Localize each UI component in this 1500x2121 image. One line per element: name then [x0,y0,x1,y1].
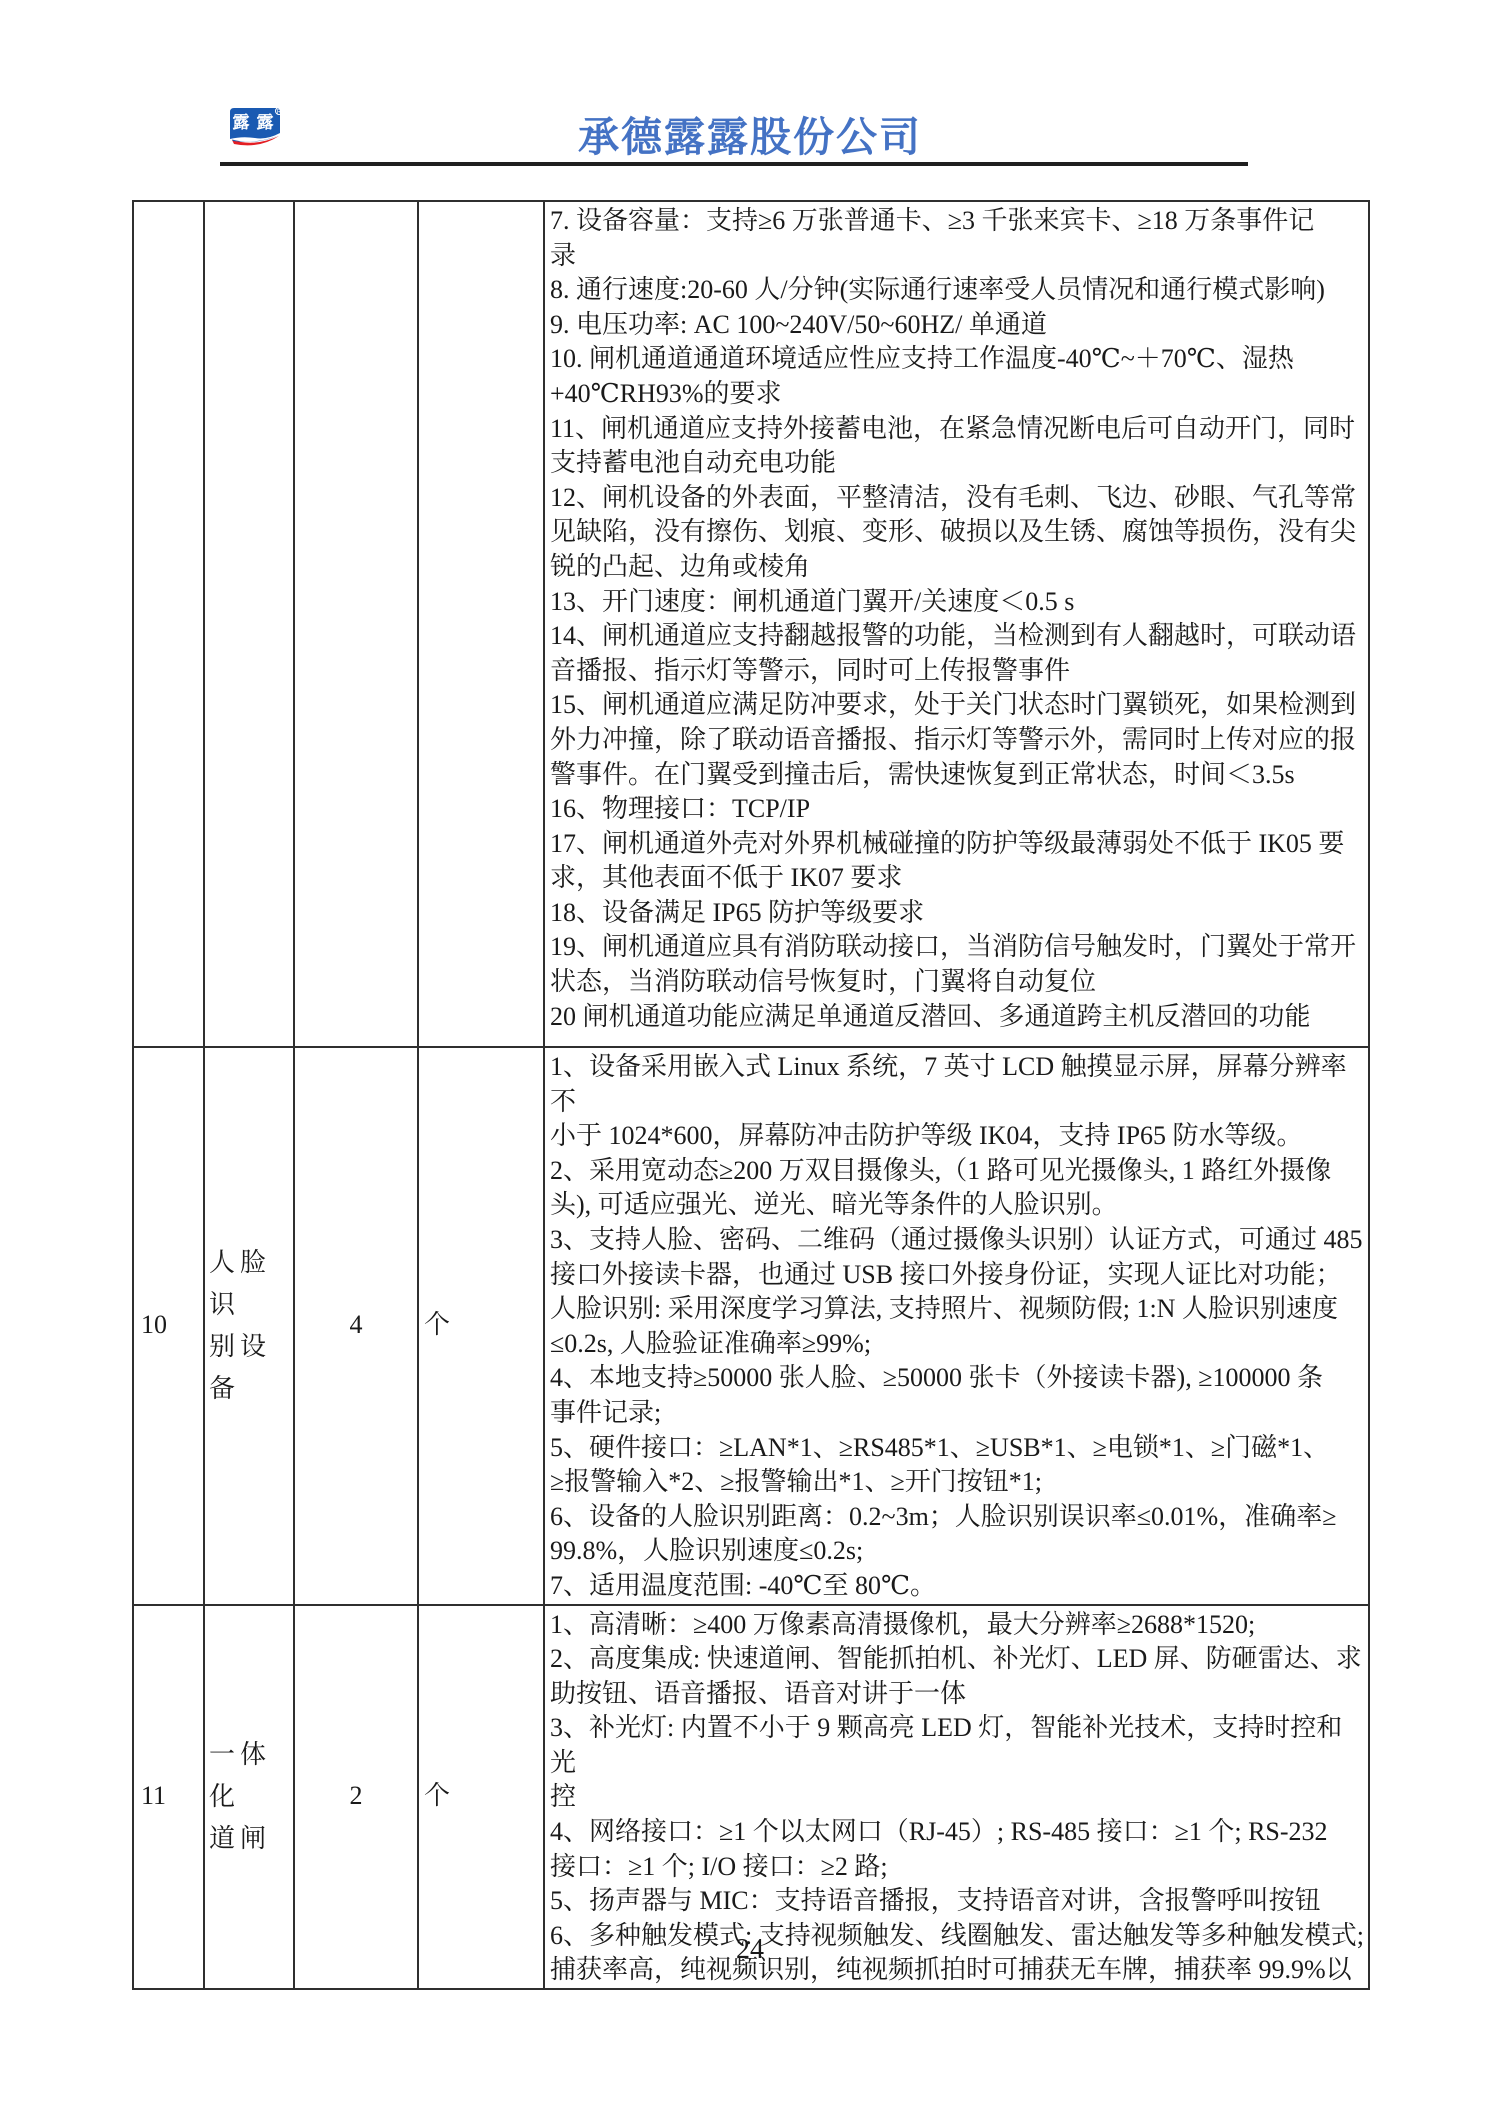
unit-cell: 个 [418,1047,544,1605]
spec-description-cell: 7. 设备容量：支持≥6 万张普通卡、≥3 千张来宾卡、≥18 万条事件记 录 … [544,201,1369,1047]
page-number: 24 [0,1934,1500,1966]
row-number-cell: 10 [133,1047,204,1605]
table-row-continuation: 7. 设备容量：支持≥6 万张普通卡、≥3 千张来宾卡、≥18 万条事件记 录 … [133,201,1369,1047]
quantity-cell: 4 [294,1047,418,1605]
header-rule [220,162,1248,166]
unit-cell: 个 [418,1605,544,1990]
company-title: 承德露露股份公司 [0,104,1500,163]
spec-table: 7. 设备容量：支持≥6 万张普通卡、≥3 千张来宾卡、≥18 万条事件记 录 … [132,200,1370,1990]
item-name-cell [204,201,294,1047]
unit-cell [418,201,544,1047]
quantity-cell: 2 [294,1605,418,1990]
table-row-11: 11 一体化 道闸 2 个 1、高清晰：≥400 万像素高清摄像机，最大分辨率≥… [133,1605,1369,1990]
item-name-cell: 人脸识 别设备 [204,1047,294,1605]
spec-description-cell: 1、设备采用嵌入式 Linux 系统，7 英寸 LCD 触摸显示屏，屏幕分辨率不… [544,1047,1369,1605]
spec-description-cell: 1、高清晰：≥400 万像素高清摄像机，最大分辨率≥2688*1520; 2、高… [544,1605,1369,1990]
row-number-cell [133,201,204,1047]
table-row-10: 10 人脸识 别设备 4 个 1、设备采用嵌入式 Linux 系统，7 英寸 L… [133,1047,1369,1605]
page-header: 露 露 R 承德露露股份公司 [0,0,1500,200]
item-name-cell: 一体化 道闸 [204,1605,294,1990]
row-number-cell: 11 [133,1605,204,1990]
quantity-cell [294,201,418,1047]
